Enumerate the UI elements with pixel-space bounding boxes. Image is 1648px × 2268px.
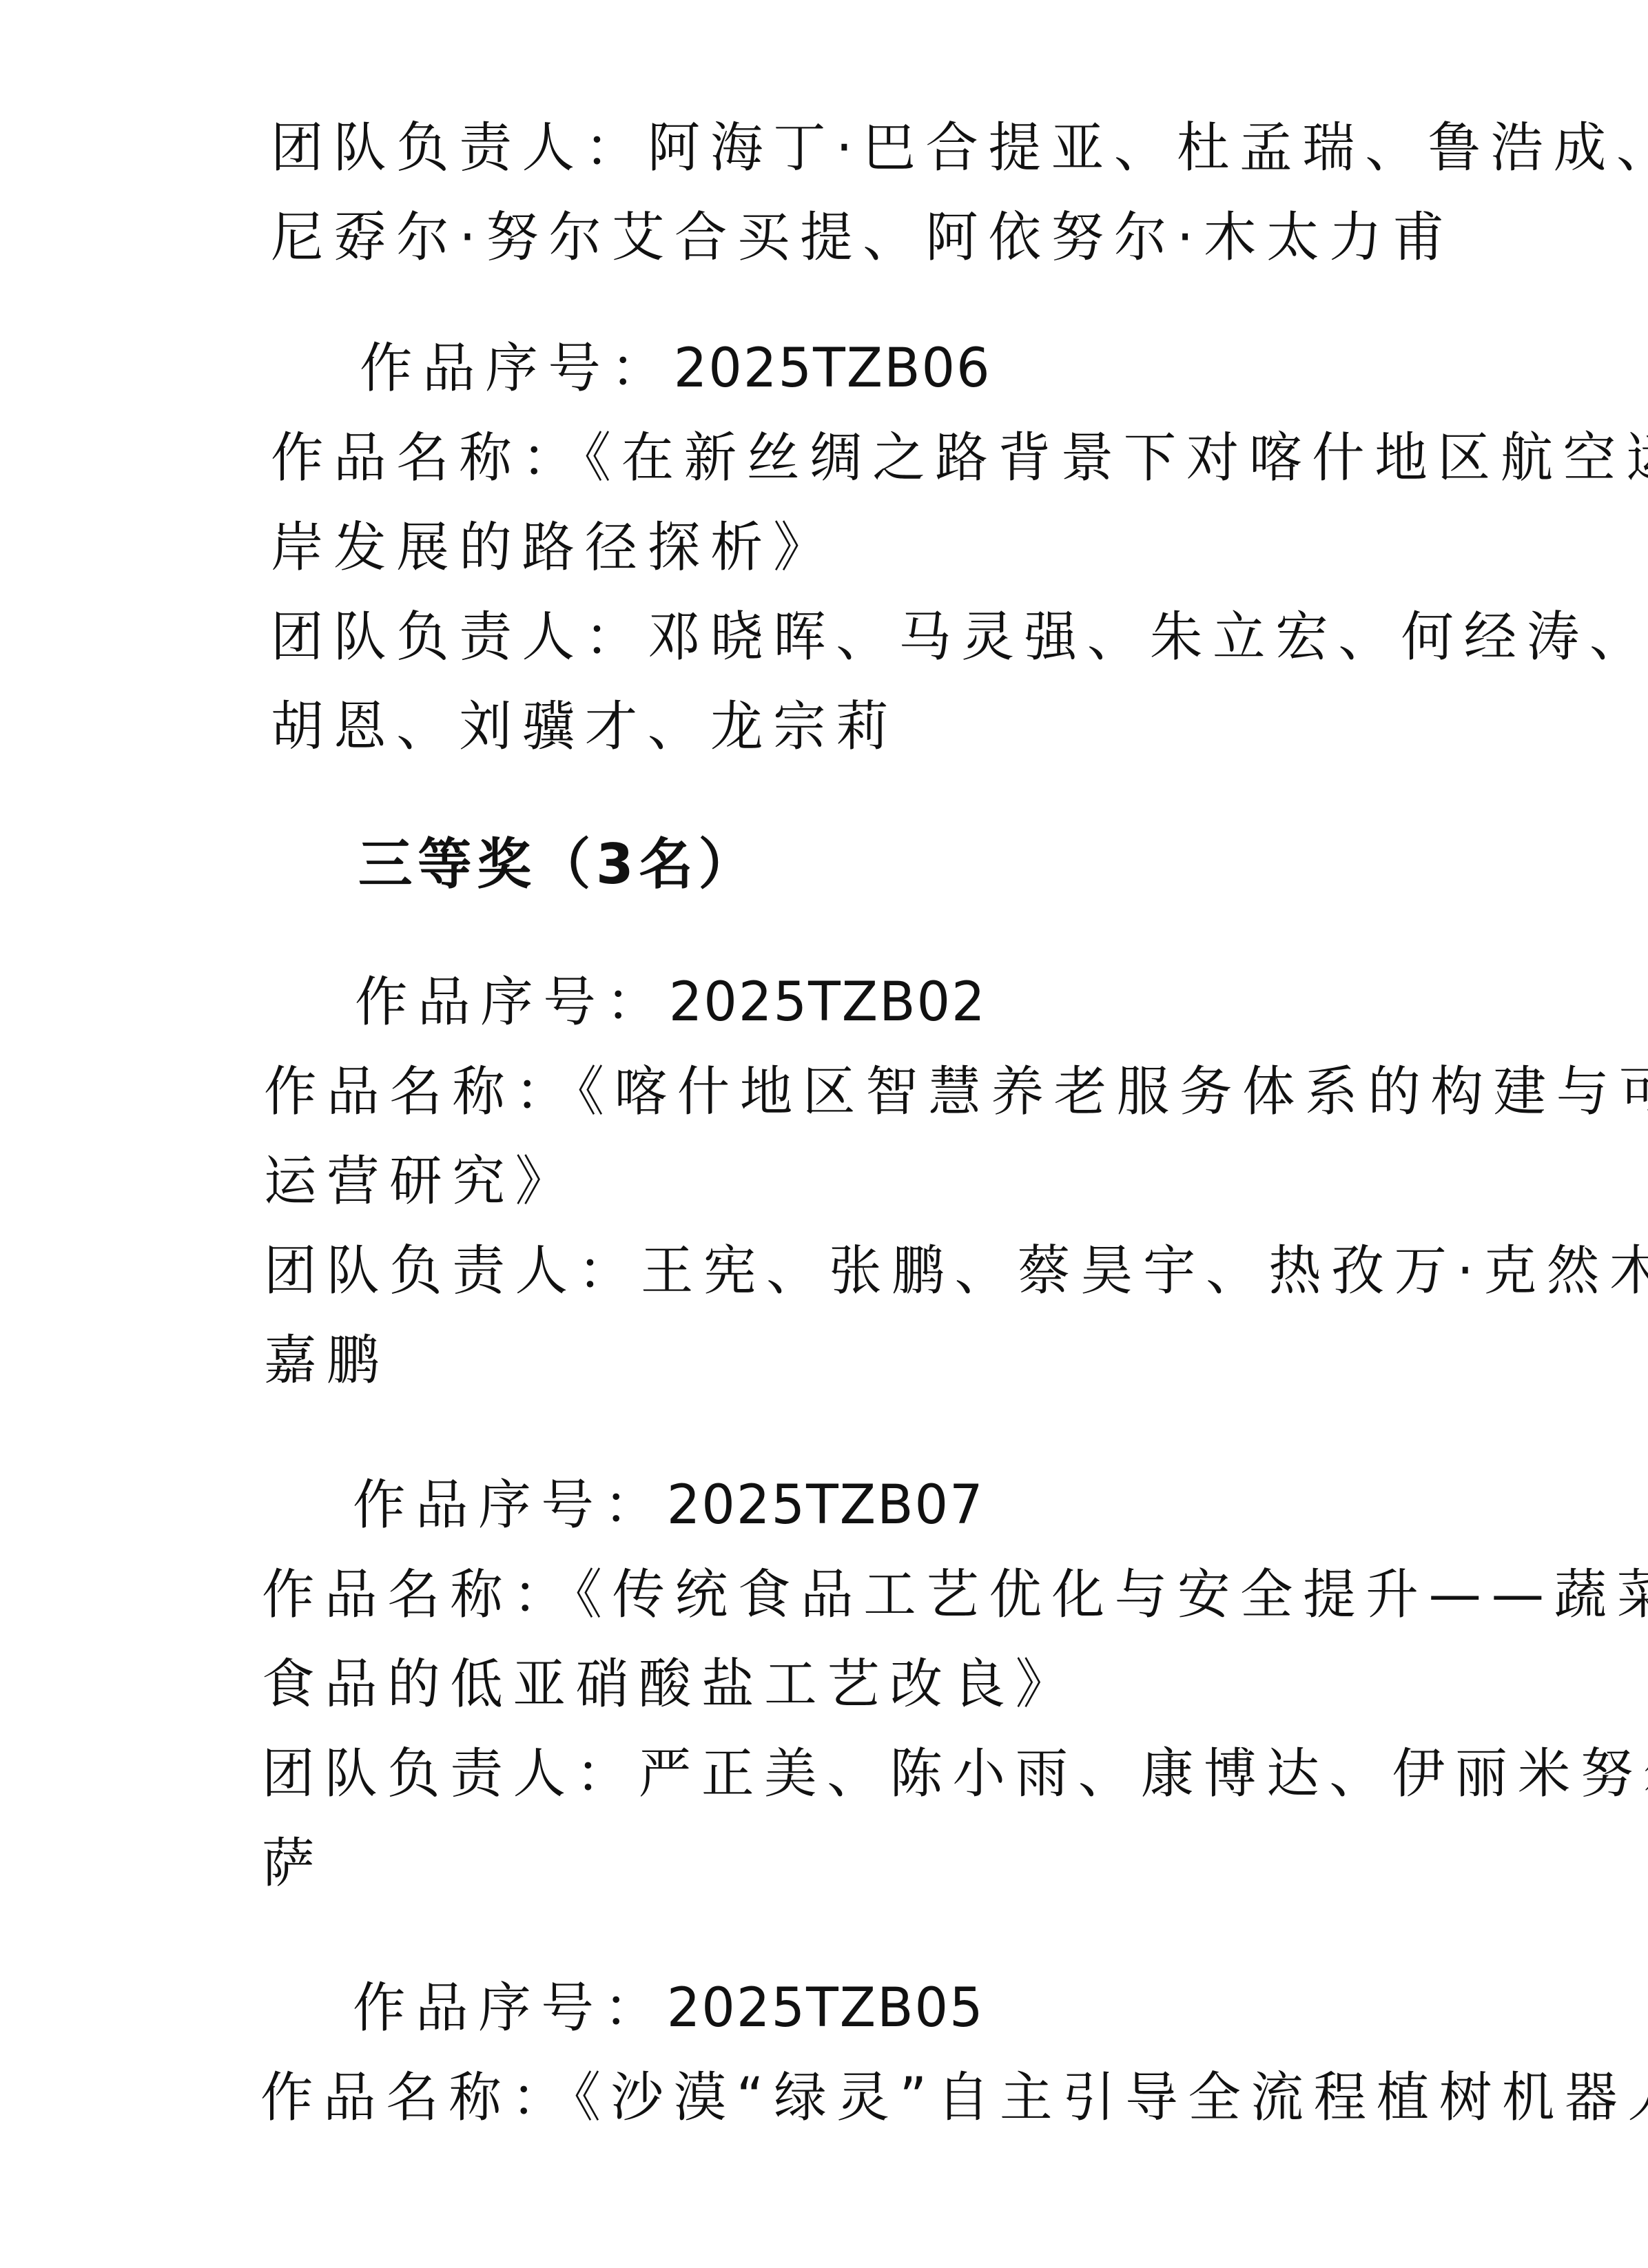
entry-leaders: 团队负责人：严正美、陈小雨、康博达、伊丽米努尔·艾 xyxy=(262,1740,1648,1808)
leader-names: 严正美、陈小雨、康博达、伊丽米努尔·艾 xyxy=(639,1743,1648,1805)
leader-label: 团队负责人： xyxy=(262,1743,639,1805)
title-text: 《在新丝绸之路背景下对喀什地区航空运输口 xyxy=(585,427,1648,489)
title-label: 作品名称： xyxy=(271,427,585,489)
serial-number: 2025TZB07 xyxy=(667,1474,985,1536)
entry-title: 作品名称：《传统食品工艺优化与安全提升——蔬菜发酵 xyxy=(262,1560,1648,1629)
serial-label: 作品序号： xyxy=(353,1977,667,2039)
entry-leaders-continued: 萨 xyxy=(262,1829,325,1898)
leader-names: 王宪、张鹏、蔡昊宇、热孜万·克然木、董 xyxy=(641,1240,1648,1302)
leader-label: 团队负责人： xyxy=(264,1240,641,1302)
leader-names: 邓晓晖、马灵强、朱立宏、何经涛、牛晶晶、 xyxy=(648,606,1648,668)
entry-leaders-continued: 胡恩、刘骥才、龙宗莉 xyxy=(271,692,898,761)
entry-title: 作品名称：《在新丝绸之路背景下对喀什地区航空运输口 xyxy=(271,424,1648,493)
leader-names: 阿海丁·巴合提亚、杜孟瑞、鲁浩成、祖丽 xyxy=(648,117,1648,179)
third-prize-heading: 三等奖（3名） xyxy=(358,830,758,899)
entry-leaders: 团队负责人：王宪、张鹏、蔡昊宇、热孜万·克然木、董 xyxy=(264,1237,1648,1306)
leaders-line-continued: 尼孬尔·努尔艾合买提、阿依努尔·木太力甫 xyxy=(271,203,1455,272)
entry-title-continued: 岸发展的路径探析》 xyxy=(271,513,836,582)
title-label: 作品名称： xyxy=(264,1061,578,1123)
entry-title: 作品名称：《喀什地区智慧养老服务体系的构建与可持续 xyxy=(264,1058,1648,1126)
entry-title: 作品名称：《沙漠“绿灵”自主引导全流程植树机器人》 xyxy=(260,2063,1648,2132)
serial-label: 作品序号： xyxy=(353,1474,667,1536)
entry-leaders: 团队负责人：邓晓晖、马灵强、朱立宏、何经涛、牛晶晶、 xyxy=(271,603,1648,672)
serial-number: 2025TZB06 xyxy=(674,338,991,400)
document-page: 团队负责人：阿海丁·巴合提亚、杜孟瑞、鲁浩成、祖丽 尼孬尔·努尔艾合买提、阿依努… xyxy=(0,0,1648,2268)
entry-title-continued: 食品的低亚硝酸盐工艺改良》 xyxy=(262,1650,1078,1719)
title-label: 作品名称： xyxy=(260,2067,575,2129)
serial-label: 作品序号： xyxy=(355,971,669,1033)
entry-serial: 作品序号：2025TZB06 xyxy=(360,334,991,403)
title-text: 《传统食品工艺优化与安全提升——蔬菜发酵 xyxy=(576,1564,1648,1626)
entry-title-continued: 运营研究》 xyxy=(264,1147,578,1216)
title-text: 《沙漠“绿灵”自主引导全流程植树机器人》 xyxy=(575,2067,1648,2129)
entry-serial: 作品序号：2025TZB05 xyxy=(353,1974,985,2043)
leader-label: 团队负责人： xyxy=(271,606,648,668)
entry-leaders-continued: 嘉鹏 xyxy=(264,1326,389,1395)
serial-label: 作品序号： xyxy=(360,338,674,400)
entry-serial: 作品序号：2025TZB07 xyxy=(353,1471,985,1540)
serial-number: 2025TZB02 xyxy=(669,971,987,1033)
leader-label: 团队负责人： xyxy=(271,117,648,179)
title-label: 作品名称： xyxy=(262,1564,576,1626)
serial-number: 2025TZB05 xyxy=(667,1977,985,2039)
leaders-line: 团队负责人：阿海丁·巴合提亚、杜孟瑞、鲁浩成、祖丽 xyxy=(271,114,1648,183)
entry-serial: 作品序号：2025TZB02 xyxy=(355,968,987,1037)
title-text: 《喀什地区智慧养老服务体系的构建与可持续 xyxy=(578,1061,1648,1123)
